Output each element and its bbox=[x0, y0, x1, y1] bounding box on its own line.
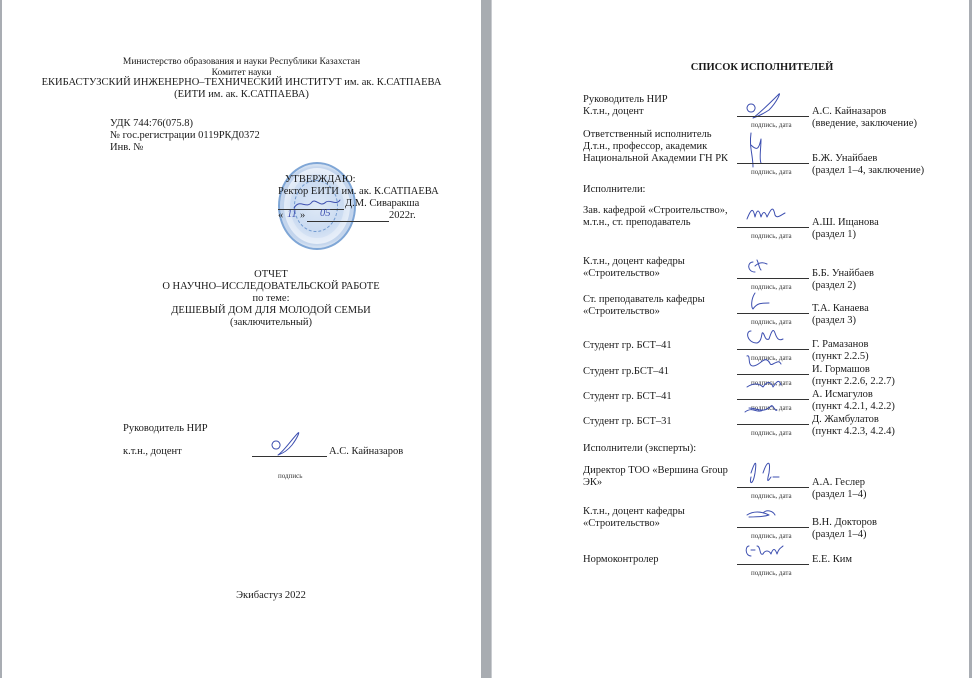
executor-7-name: Д. Жамбулатов bbox=[812, 414, 879, 426]
approval-date-open: « bbox=[278, 210, 283, 222]
executor-2-scope: (раздел 2) bbox=[812, 280, 856, 292]
executors-page: СПИСОК ИСПОЛНИТЕЛЕЙ Руководитель НИРК.т.… bbox=[492, 0, 969, 678]
udk-code: УДК 744:76(075.8) bbox=[110, 118, 193, 130]
report-type: О НАУЧНО–ИССЛЕДОВАТЕЛЬСКОЙ РАБОТЕ bbox=[2, 281, 540, 293]
executor-7-signature-caption: подпись, дата bbox=[751, 427, 792, 439]
supervisor-name: А.С. Кайназаров bbox=[329, 446, 403, 458]
executor-7-scope: (пункт 4.2.3, 4.2.4) bbox=[812, 426, 895, 438]
executor-1-scope: (раздел 1) bbox=[812, 229, 856, 241]
norm-control-role: Нормоконтролер bbox=[583, 554, 658, 566]
executor-6-role-line: Студент гр. БСТ–41 bbox=[583, 391, 672, 403]
executor-5-name: И. Гормашов bbox=[812, 364, 870, 376]
leader-role-line: Руководитель НИР bbox=[583, 94, 668, 106]
leader-scope: (введение, заключение) bbox=[812, 118, 917, 130]
institute-short-name: (ЕИТИ им. ак. К.САТПАЕВА) bbox=[2, 89, 481, 101]
expert-2-name: В.Н. Докторов bbox=[812, 517, 877, 529]
executor-4-scope: (пункт 2.2.5) bbox=[812, 351, 869, 363]
signature-caption: подпись bbox=[278, 470, 302, 482]
executor-5-signature-line bbox=[737, 374, 809, 375]
expert-2-signature-line bbox=[737, 527, 809, 528]
executor-4-role-line: Студент гр. БСТ–41 bbox=[583, 340, 672, 352]
executor-2-signature-line bbox=[737, 278, 809, 279]
title-page: Министерство образования и науки Республ… bbox=[2, 0, 481, 678]
approval-heading: УТВЕРЖДАЮ: bbox=[285, 174, 356, 186]
executor-3-scope: (раздел 3) bbox=[812, 315, 856, 327]
executor-1-role-line: м.т.н., ст. преподаватель bbox=[583, 217, 690, 229]
institute-name: ЕКИБАСТУЗСКИЙ ИНЖЕНЕРНО–ТЕХНИЧЕСКИЙ ИНСТ… bbox=[2, 77, 481, 89]
approval-year: 2022г. bbox=[389, 210, 416, 222]
executor-6-name: А. Исмагулов bbox=[812, 389, 873, 401]
executor-1-name: А.Ш. Ищанова bbox=[812, 217, 879, 229]
supervisor-signature-line bbox=[252, 456, 327, 457]
expert-2-scope: (раздел 1–4) bbox=[812, 529, 866, 541]
report-title: ОТЧЕТ bbox=[2, 269, 540, 281]
experts-label: Исполнители (эксперты): bbox=[583, 443, 696, 455]
approval-month: 05 bbox=[320, 208, 331, 220]
supervisor-degree: к.т.н., доцент bbox=[123, 446, 182, 458]
executor-3-role-line: «Строительство» bbox=[583, 306, 660, 318]
executor-3-signature-line bbox=[737, 313, 809, 314]
executor-2-name: Б.Б. Унайбаев bbox=[812, 268, 874, 280]
responsible-scope: (раздел 1–4, заключение) bbox=[812, 165, 924, 177]
report-kind: (заключительный) bbox=[2, 317, 540, 329]
leader-signature-line bbox=[737, 116, 809, 117]
expert-2-role-line: «Строительство» bbox=[583, 518, 660, 530]
supervisor-signature bbox=[264, 431, 304, 457]
executor-3-role-line: Ст. преподаватель кафедры bbox=[583, 294, 705, 306]
executor-1-role-line: Зав. кафедрой «Строительство», bbox=[583, 205, 728, 217]
executor-6-scope: (пункт 4.2.1, 4.2.2) bbox=[812, 401, 895, 413]
executor-2-role-line: «Строительство» bbox=[583, 268, 660, 280]
norm-control-name: Е.Е. Ким bbox=[812, 554, 852, 566]
expert-1-scope: (раздел 1–4) bbox=[812, 489, 866, 501]
supervisor-role: Руководитель НИР bbox=[123, 423, 208, 435]
approval-date-close: » bbox=[300, 210, 305, 222]
executor-6-signature-line bbox=[737, 399, 809, 400]
expert-1-name: А.А. Геслер bbox=[812, 477, 865, 489]
expert-2-signature-caption: подпись, дата bbox=[751, 530, 792, 542]
responsible-role-line: Национальной Академии ГН РК bbox=[583, 153, 728, 165]
executors-heading: СПИСОК ИСПОЛНИТЕЛЕЙ bbox=[652, 62, 872, 74]
expert-1-role-line: ЭК» bbox=[583, 477, 602, 489]
expert-1-signature-caption: подпись, дата bbox=[751, 490, 792, 502]
rector-name: Д.М. Сиваракша bbox=[345, 198, 419, 210]
executor-7-role-line: Студент гр. БСТ–31 bbox=[583, 416, 672, 428]
executor-5-role-line: Студент гр.БСТ–41 bbox=[583, 366, 669, 378]
executor-4-signature-line bbox=[737, 349, 809, 350]
city-year: Экибастуз 2022 bbox=[2, 590, 540, 602]
executor-2-role-line: К.т.н., доцент кафедры bbox=[583, 256, 685, 268]
responsible-name: Б.Ж. Унайбаев bbox=[812, 153, 877, 165]
executor-4-name: Г. Рамазанов bbox=[812, 339, 869, 351]
report-topic-label: по теме: bbox=[2, 293, 540, 305]
executor-3-name: Т.А. Канаева bbox=[812, 303, 869, 315]
expert-1-signature-line bbox=[737, 487, 809, 488]
approval-date-line bbox=[307, 221, 389, 222]
report-topic: ДЕШЕВЫЙ ДОМ ДЛЯ МОЛОДОЙ СЕМЬИ bbox=[2, 305, 540, 317]
responsible-signature-caption: подпись, дата bbox=[751, 166, 792, 178]
norm-control-signature-line bbox=[737, 564, 809, 565]
approval-day: 11 bbox=[287, 209, 297, 221]
executors-label: Исполнители: bbox=[583, 184, 645, 196]
executor-1-signature-line bbox=[737, 227, 809, 228]
leader-name: А.С. Кайназаров bbox=[812, 106, 886, 118]
executor-1-signature-caption: подпись, дата bbox=[751, 230, 792, 242]
responsible-role-line: Д.т.н., профессор, академик bbox=[583, 141, 707, 153]
inventory-number: Инв. № bbox=[110, 142, 143, 154]
expert-2-role-line: К.т.н., доцент кафедры bbox=[583, 506, 685, 518]
responsible-signature-line bbox=[737, 163, 809, 164]
norm-control-signature-caption: подпись, дата bbox=[751, 567, 792, 579]
registration-number: № гос.регистрации 0119РКД0372 bbox=[110, 130, 260, 142]
responsible-role-line: Ответственный исполнитель bbox=[583, 129, 712, 141]
leader-signature-caption: подпись, дата bbox=[751, 119, 792, 131]
executor-7-signature-line bbox=[737, 424, 809, 425]
page-gutter bbox=[481, 0, 492, 678]
leader-role-line: К.т.н., доцент bbox=[583, 106, 644, 118]
executor-5-scope: (пункт 2.2.6, 2.2.7) bbox=[812, 376, 895, 388]
expert-1-role-line: Директор ТОО «Вершина Group bbox=[583, 465, 728, 477]
